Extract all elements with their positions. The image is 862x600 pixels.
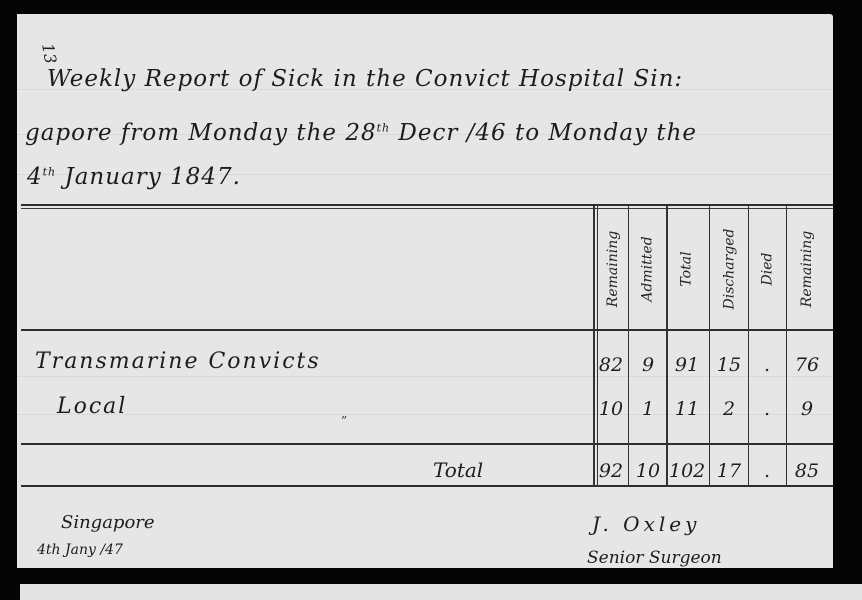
title-line-2-text-a: gapore from Monday the 28 bbox=[25, 120, 377, 146]
total-cell: 85 bbox=[789, 460, 825, 482]
cell: 91 bbox=[669, 354, 705, 376]
col-header-remaining-end: Remaining bbox=[789, 210, 825, 328]
rows-bottom-rule bbox=[21, 443, 833, 445]
total-cell: 17 bbox=[711, 460, 747, 482]
cell: 10 bbox=[593, 398, 629, 420]
document-page: 13 Weekly Report of Sick in the Convict … bbox=[17, 14, 833, 568]
total-label: Total bbox=[433, 458, 483, 482]
cell: 15 bbox=[711, 354, 747, 376]
title-line-2-sup: th bbox=[377, 121, 391, 134]
col-rule bbox=[666, 206, 668, 487]
table-top-rule bbox=[21, 204, 833, 206]
footer-date: 4th Jany /47 bbox=[37, 542, 123, 558]
total-cell: 10 bbox=[630, 460, 666, 482]
paper-rule bbox=[17, 376, 833, 377]
signature-1: J. Oxley bbox=[592, 512, 700, 536]
title-line-1: Weekly Report of Sick in the Convict Hos… bbox=[47, 66, 683, 92]
cell: . bbox=[749, 354, 785, 376]
col-header-discharged: Discharged bbox=[711, 210, 747, 328]
cell: 1 bbox=[630, 398, 666, 420]
title-line-3: 4th January 1847. bbox=[27, 164, 241, 190]
cell: 2 bbox=[711, 398, 747, 420]
cell: 9 bbox=[789, 398, 825, 420]
col-header-total: Total bbox=[669, 210, 705, 328]
footer-place: Singapore bbox=[61, 512, 155, 533]
col-rule bbox=[786, 206, 787, 487]
title-line-3-sup: th bbox=[43, 165, 57, 178]
folio-number: 13 bbox=[38, 42, 60, 65]
title-line-2: gapore from Monday the 28th Decr /46 to … bbox=[25, 120, 697, 146]
title-line-2-text-b: Decr /46 to Monday the bbox=[390, 120, 697, 146]
total-cell: . bbox=[749, 460, 785, 482]
col-rule bbox=[709, 206, 710, 487]
cell: 82 bbox=[593, 354, 629, 376]
title-line-3-text-a: 4 bbox=[27, 164, 43, 190]
col-header-admitted: Admitted bbox=[630, 210, 666, 328]
ditto-mark: ” bbox=[341, 414, 347, 428]
signature-2: Senior Surgeon bbox=[587, 548, 722, 568]
cell: 11 bbox=[669, 398, 705, 420]
row-label-local: Local bbox=[57, 394, 127, 419]
total-bottom-rule bbox=[21, 485, 833, 487]
cell: . bbox=[749, 398, 785, 420]
cell: 76 bbox=[789, 354, 825, 376]
title-line-3-text-b: January 1847. bbox=[56, 164, 241, 190]
table-top-rule-2 bbox=[21, 208, 833, 209]
total-cell: 92 bbox=[593, 460, 629, 482]
header-bottom-rule bbox=[21, 329, 833, 331]
next-page-edge bbox=[20, 584, 862, 600]
cell: 9 bbox=[630, 354, 666, 376]
total-cell: 102 bbox=[669, 460, 705, 482]
col-header-remaining: Remaining bbox=[595, 210, 631, 328]
row-label-transmarine-convicts: Transmarine Convicts bbox=[35, 349, 321, 374]
col-header-died: Died bbox=[749, 210, 785, 328]
